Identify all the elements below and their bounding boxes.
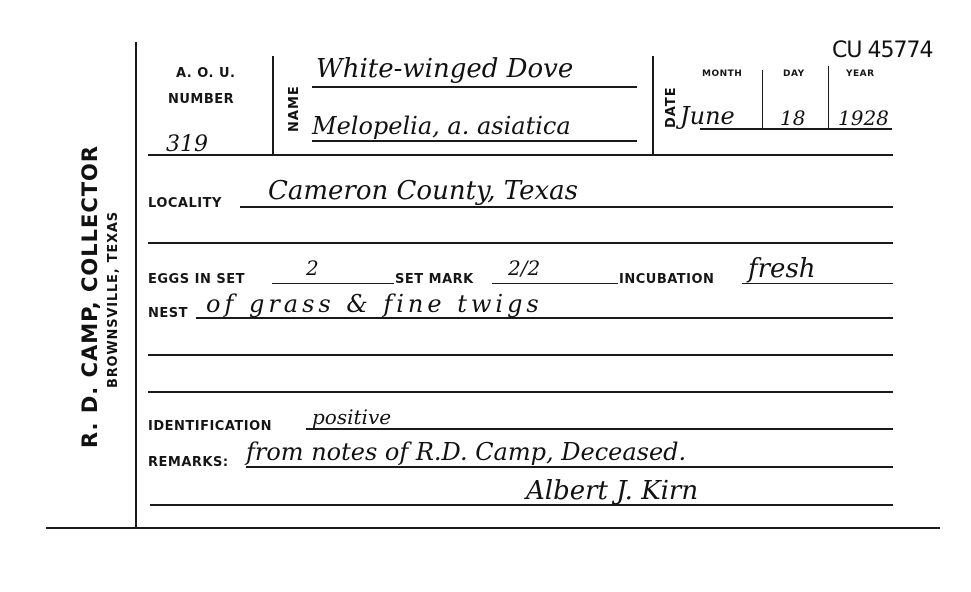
- aou-label-line1: A. O. U.: [176, 66, 236, 81]
- date-underline: [700, 128, 892, 130]
- collector-divider: [135, 42, 137, 528]
- set-mark-underline: [492, 283, 618, 284]
- day-year-divider: [828, 66, 829, 128]
- locality-value: Cameron County, Texas: [268, 176, 578, 206]
- collector-name: R. D. CAMP, COLLECTOR: [78, 145, 102, 448]
- identification-value: positive: [312, 405, 391, 429]
- remarks-value: from notes of R.D. Camp, Deceased.: [246, 438, 686, 466]
- collector-location: BROWNSVILLE, TEXAS: [106, 211, 121, 388]
- year-label: YEAR: [846, 69, 875, 79]
- identification-underline: [306, 428, 893, 430]
- locality-second-line: [148, 242, 893, 244]
- day-value: 18: [780, 106, 805, 130]
- card-bottom-border: [46, 527, 940, 529]
- set-mark-label: SET MARK: [395, 272, 474, 287]
- incubation-label: INCUBATION: [619, 272, 714, 287]
- aou-label-line2: NUMBER: [168, 92, 234, 107]
- day-label: DAY: [783, 69, 805, 79]
- eggs-in-set-value: 2: [306, 256, 319, 280]
- scientific-name-underline: [312, 140, 637, 142]
- specimen-card: CU 45774 R. D. CAMP, COLLECTOR BROWNSVIL…: [0, 0, 971, 592]
- signature-line: [150, 504, 893, 506]
- catalog-number: CU 45774: [832, 38, 932, 63]
- locality-underline: [240, 206, 893, 208]
- year-value: 1928: [838, 106, 889, 130]
- month-value: June: [680, 102, 735, 130]
- nest-second-line: [148, 354, 893, 356]
- eggs-in-set-label: EGGS IN SET: [148, 272, 245, 287]
- aou-divider: [272, 56, 274, 154]
- name-label: NAME: [287, 85, 302, 132]
- common-name-value: White-winged Dove: [316, 54, 573, 84]
- set-mark-value: 2/2: [508, 256, 540, 280]
- date-label: DATE: [664, 86, 679, 128]
- common-name-underline: [312, 86, 637, 88]
- eggs-in-set-underline: [272, 283, 394, 284]
- scientific-name-value: Melopelia, a. asiatica: [312, 112, 571, 140]
- nest-underline: [196, 317, 893, 319]
- remarks-label: REMARKS:: [148, 455, 229, 470]
- nest-third-line: [148, 391, 893, 393]
- remarks-underline: [246, 466, 893, 468]
- nest-label: NEST: [148, 306, 188, 321]
- header-rule: [148, 154, 893, 156]
- locality-label: LOCALITY: [148, 196, 222, 211]
- incubation-value: fresh: [748, 254, 816, 284]
- remarks-signature: Albert J. Kirn: [526, 476, 698, 506]
- name-divider: [652, 56, 654, 154]
- nest-value: of grass & fine twigs: [206, 290, 543, 318]
- month-day-divider: [762, 70, 763, 128]
- identification-label: IDENTIFICATION: [148, 419, 272, 434]
- incubation-underline: [742, 283, 893, 284]
- month-label: MONTH: [702, 69, 742, 79]
